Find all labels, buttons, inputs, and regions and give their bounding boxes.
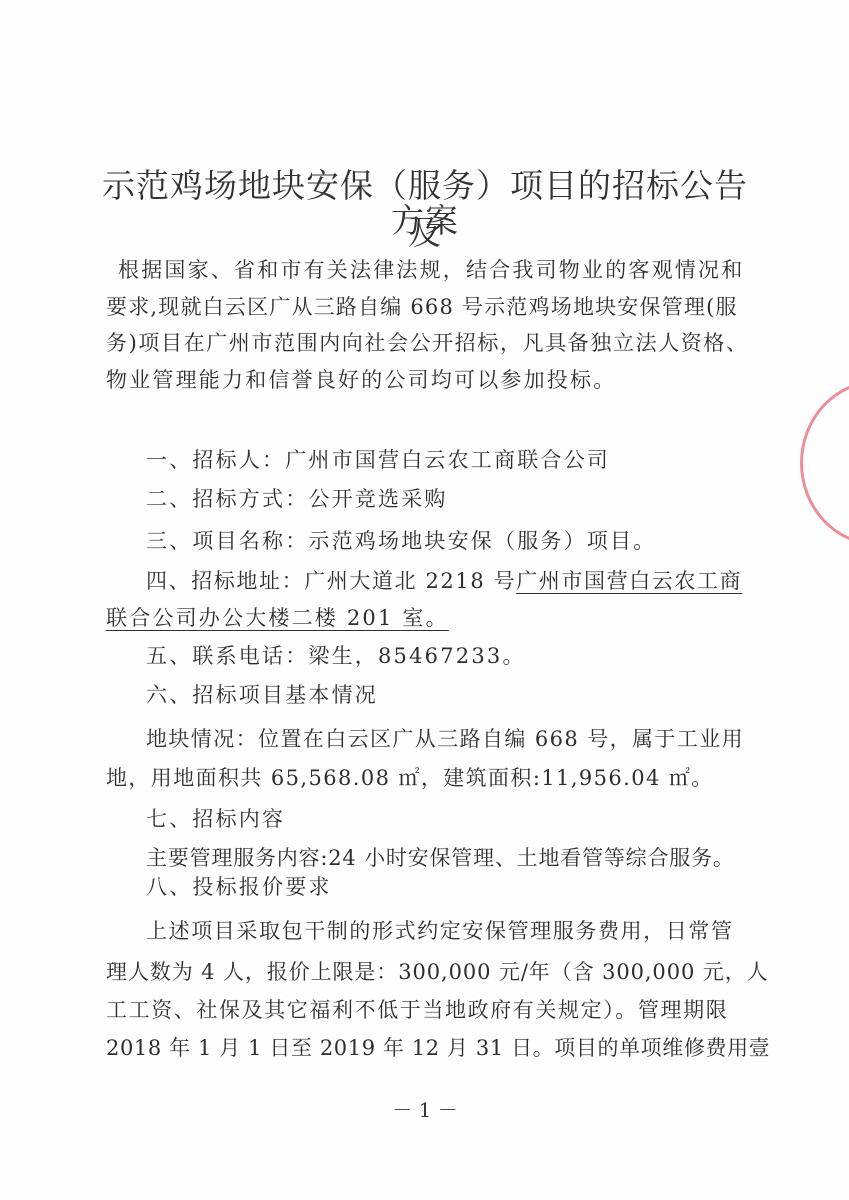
service-content-line: 主要管理服务内容:24 小时安保管理、土地看管等综合服务。 bbox=[146, 845, 786, 871]
company-seal-stamp-icon bbox=[800, 380, 849, 546]
section-7-heading: 七、招标内容 bbox=[146, 806, 786, 832]
address-line-1: 四、招标地址：广州大道北 2218 号广州市国营白云农工商 bbox=[146, 568, 786, 594]
quote-line-1: 上述项目采取包干制的形式约定安保管理服务费用，日常管 bbox=[146, 918, 786, 944]
document-page: 示范鸡场地块安保（服务）项目的招标公告及 方案 根据国家、省和市有关法律法规，结… bbox=[0, 0, 849, 1200]
project-name-line: 三、项目名称：示范鸡场地块安保（服务）项目。 bbox=[146, 528, 786, 554]
address-underlined-part-1: 广州市国营白云农工商 bbox=[516, 569, 742, 593]
quote-line-4: 2018 年 1 月 1 日至 2019 年 12 月 31 日。项目的单项维修… bbox=[106, 1035, 746, 1061]
address-prefix: 四、招标地址：广州大道北 2218 号 bbox=[146, 569, 516, 593]
address-line-2: 联合公司办公大楼二楼 201 室。 bbox=[106, 605, 746, 631]
contact-line: 五、联系电话：梁生，85467233。 bbox=[146, 643, 786, 669]
quote-line-3: 工工资、社保及其它福利不低于当地政府有关规定）。管理期限 bbox=[106, 997, 746, 1023]
page-number: － 1 － bbox=[380, 1094, 470, 1123]
land-line-2: 地，用地面积共 65,568.08 ㎡，建筑面积:11,956.04 ㎡。 bbox=[106, 765, 746, 791]
address-underlined-part-2: 联合公司办公大楼二楼 201 室。 bbox=[106, 606, 449, 630]
intro-line-1: 根据国家、省和市有关法律法规，结合我司物业的客观情况和 bbox=[118, 257, 758, 283]
tenderer-line: 一、招标人：广州市国营白云农工商联合公司 bbox=[146, 447, 786, 473]
intro-line-4: 物业管理能力和信誉良好的公司均可以参加投标。 bbox=[106, 367, 746, 393]
document-title-line-2: 方案 bbox=[100, 195, 750, 242]
section-6-heading: 六、招标项目基本情况 bbox=[146, 682, 786, 708]
land-line-1: 地块情况：位置在白云区广从三路自编 668 号，属于工业用 bbox=[146, 726, 786, 752]
section-8-heading: 八、投标报价要求 bbox=[146, 874, 786, 900]
intro-line-3: 务)项目在广州市范围内向社会公开招标，凡具备独立法人资格、 bbox=[106, 330, 746, 356]
method-line: 二、招标方式：公开竞选采购 bbox=[146, 486, 786, 512]
quote-line-2: 理人数为 4 人，报价上限是：300,000 元/年（含 300,000 元，人 bbox=[106, 959, 746, 985]
intro-line-2: 要求,现就白云区广从三路自编 668 号示范鸡场地块安保管理(服 bbox=[106, 294, 746, 320]
